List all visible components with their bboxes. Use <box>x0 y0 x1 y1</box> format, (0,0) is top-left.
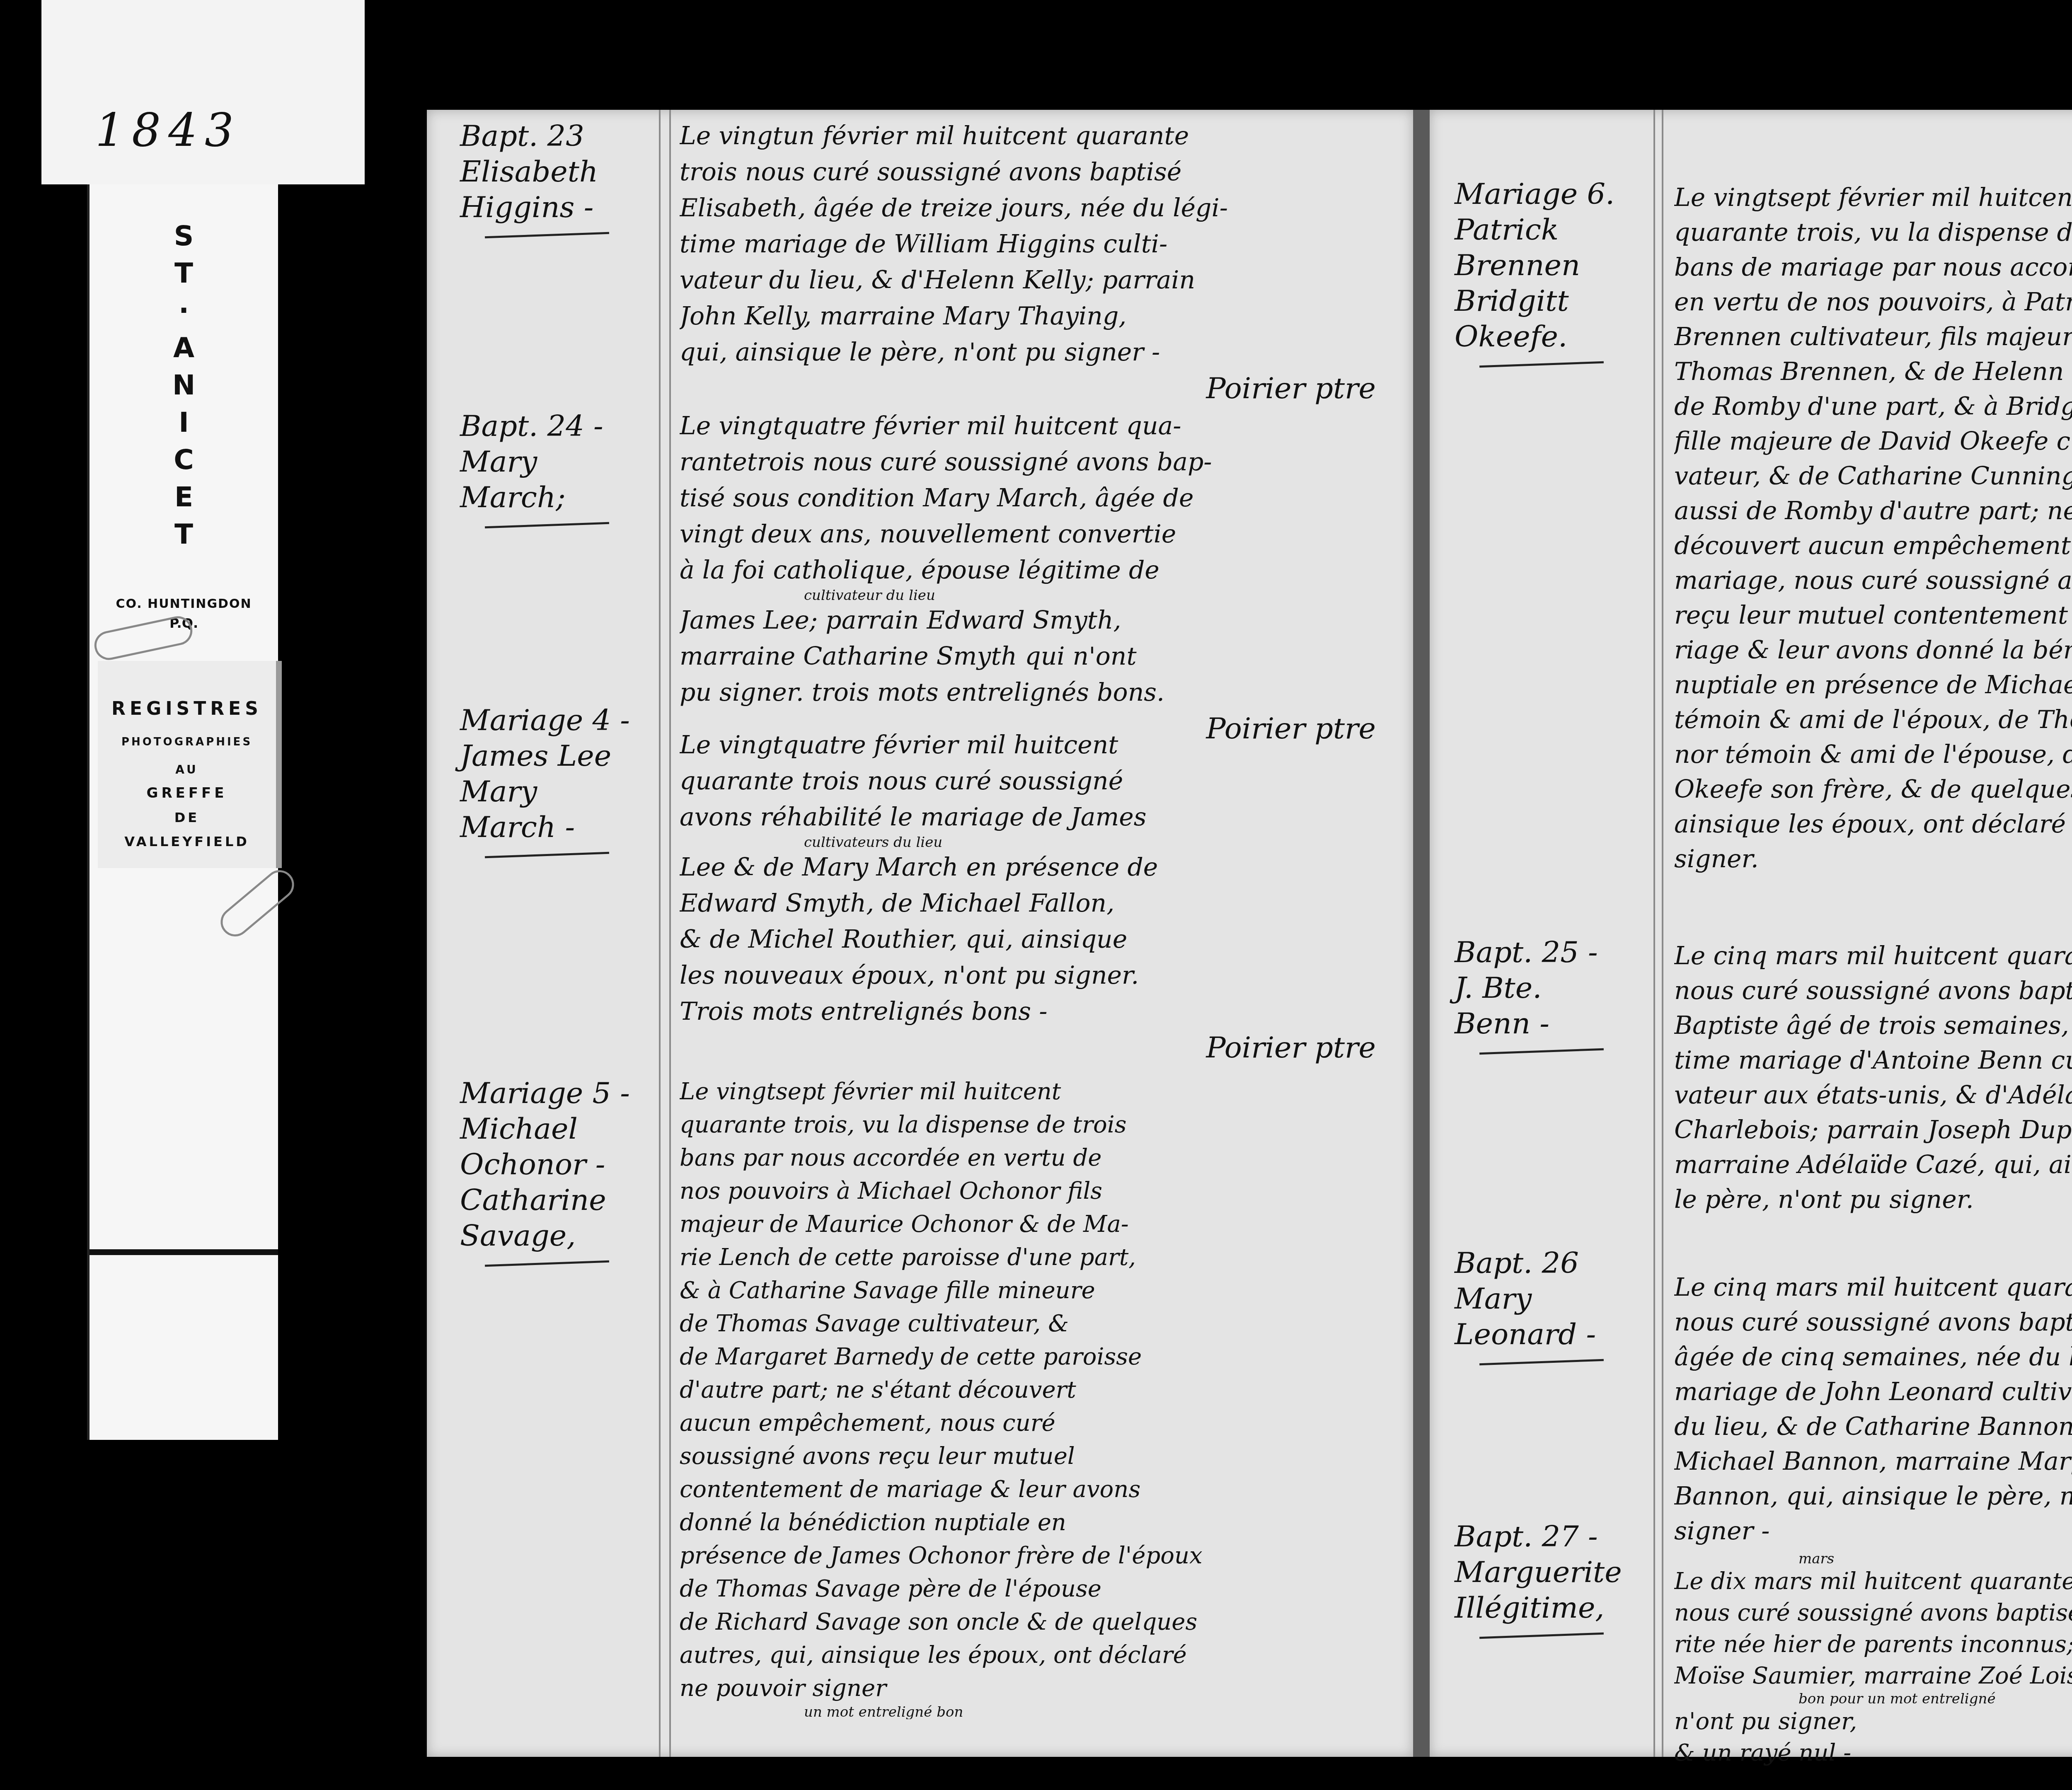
entry-margin-note: Bapt. 23 Elisabeth Higgins - <box>460 118 609 236</box>
priest-signature: Poirier ptre <box>680 370 1401 406</box>
margin-rule <box>659 110 661 1757</box>
entry-body: Le cinq mars mil huitcent quarantetrois … <box>1674 939 2072 1252</box>
margin-rule <box>669 110 671 1757</box>
entry-body: Le vingtsept février mil huitcent quaran… <box>1674 180 2072 911</box>
divider <box>1479 1359 1604 1365</box>
interlinear-note: cultivateurs du lieu <box>680 835 1401 849</box>
entry-margin-note: Bapt. 24 - Mary March; <box>460 408 609 526</box>
interlinear-note: cultivateur du lieu <box>680 588 1401 602</box>
entry-body: mars Le dix mars mil huitcent quarantetr… <box>1674 1552 2072 1769</box>
priest-signature: Poirier ptre <box>1674 876 2072 911</box>
divider <box>90 1249 278 1255</box>
entry-body: Le cinq mars mil huitcent quarante trois… <box>1674 1270 2072 1583</box>
margin-rule <box>1653 110 1655 1757</box>
divider <box>485 1260 609 1267</box>
paperclip-icon <box>215 864 300 943</box>
entry-margin-note: Mariage 5 - Michael Ochonor - Catharine … <box>460 1075 630 1265</box>
priest-signature: Poirier ptre <box>1674 1217 2072 1252</box>
register-page-left: Bapt. 23 Elisabeth Higgins - Le vingtun … <box>427 110 1413 1757</box>
entry-margin-note: Bapt. 26 Mary Leonard - <box>1455 1245 1604 1363</box>
registry-card: REGISTRES PHOTOGRAPHIES AU GREFFE DE VAL… <box>98 661 282 868</box>
entry-body: Le vingtun février mil huitcent quarante… <box>680 118 1401 406</box>
margin-rule <box>1662 110 1663 1757</box>
entry-margin-note: Bapt. 25 - J. Bte. Benn - <box>1455 934 1604 1052</box>
priest-signature: Poirier ptre <box>680 1030 1401 1066</box>
divider <box>1479 1633 1604 1639</box>
year-tag: 1843 <box>41 0 365 184</box>
parish-name: S T · A N I C E T <box>90 218 278 553</box>
interlinear-note: mars <box>1674 1552 2072 1566</box>
divider <box>1479 1048 1604 1055</box>
entry-margin-note: Bapt. 27 - Marguerite Illégitime, <box>1455 1519 1622 1637</box>
divider <box>1479 361 1604 368</box>
register-page-right: Cinquième feuillet 5 Mariage 6. Patrick … <box>1430 110 2072 1757</box>
divider <box>485 232 609 238</box>
entry-margin-note: Mariage 6. Patrick Brennen Bridgitt Okee… <box>1455 176 1615 365</box>
entry-body: Le vingtsept février mil huitcent quaran… <box>680 1075 1401 1719</box>
book-gutter <box>1413 110 1430 1757</box>
entry-body: Le vingtquatre février mil huitcent quar… <box>680 727 1401 1066</box>
interlinear-note: bon pour un mot entreligné <box>1674 1692 2072 1706</box>
interlinear-note: un mot entreligné bon <box>680 1705 1401 1719</box>
entry-body: Le vingtquatre février mil huitcent qua-… <box>680 408 1401 747</box>
divider <box>485 852 609 858</box>
entry-margin-note: Mariage 4 - James Lee Mary March - <box>460 702 630 856</box>
year-label: 1843 <box>95 104 241 157</box>
county-label: CO. HUNTINGDON <box>90 597 278 611</box>
archive-label-strip: S T · A N I C E T CO. HUNTINGDON P.Q. RE… <box>87 184 278 1440</box>
divider <box>485 522 609 528</box>
